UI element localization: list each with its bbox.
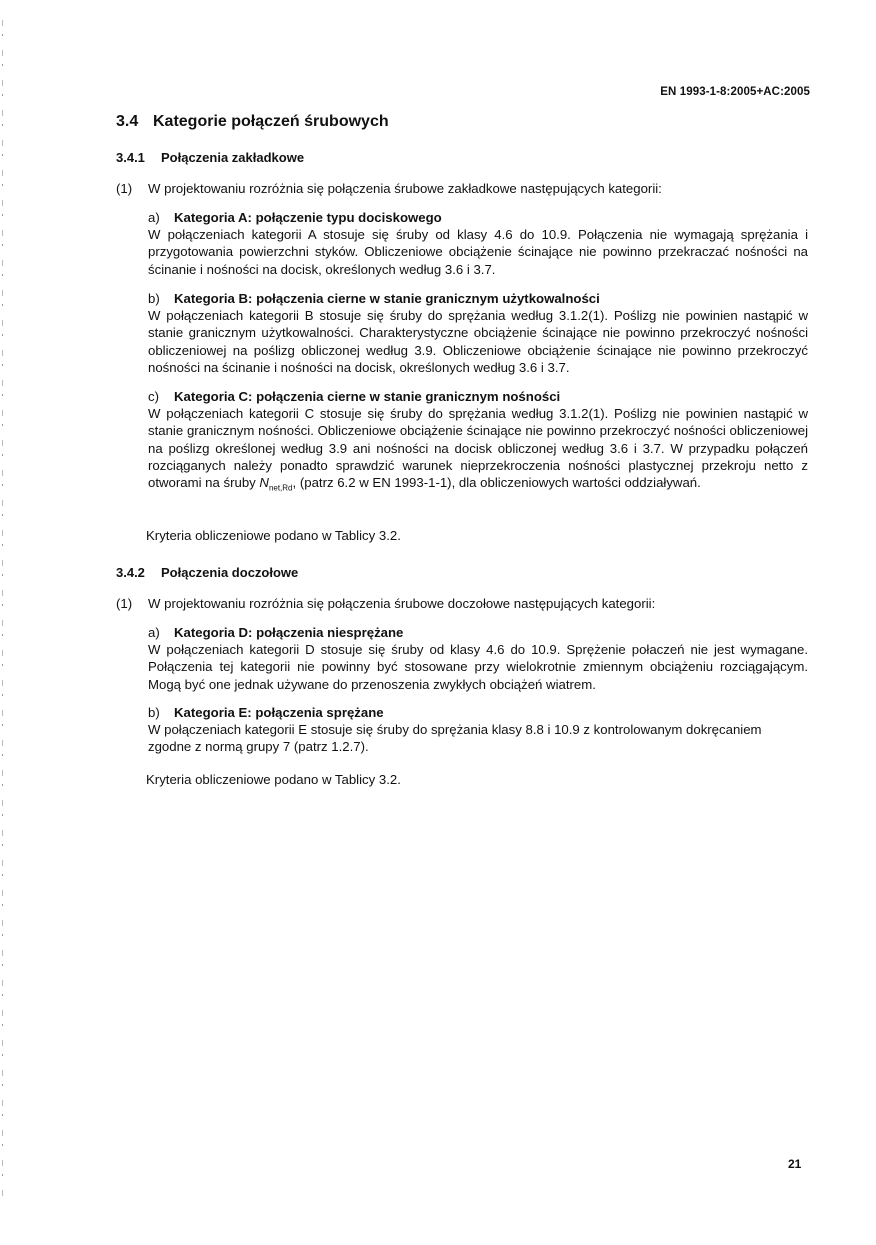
subsection-title: Połączenia doczołowe	[161, 565, 298, 580]
category-body: W połączeniach kategorii D stosuje się ś…	[148, 641, 808, 693]
category-e: b)Kategoria E: połączenia sprężane W poł…	[148, 704, 808, 756]
category-body: W połączeniach kategorii B stosuje się ś…	[148, 307, 808, 376]
criteria-note-2: Kryteria obliczeniowe podano w Tablicy 3…	[146, 772, 401, 787]
paragraph-number: (1)	[116, 595, 148, 612]
item-label: a)	[148, 624, 174, 641]
paragraph-text: W projektowaniu rozróżnia się połączenia…	[148, 596, 655, 611]
paragraph-number: (1)	[116, 180, 148, 197]
paragraph-1-intro-end: (1)W projektowaniu rozróżnia się połącze…	[116, 595, 655, 612]
category-b: b)Kategoria B: połączenia cierne w stani…	[148, 290, 808, 376]
category-a: a)Kategoria A: połączenie typu dociskowe…	[148, 209, 808, 278]
section-heading: 3.4Kategorie połączeń śrubowych	[116, 113, 389, 131]
item-label: b)	[148, 704, 174, 721]
item-title: Kategoria B: połączenia cierne w stanie …	[174, 291, 600, 306]
category-body: W połączeniach kategorii C stosuje się ś…	[148, 405, 808, 497]
standard-reference: EN 1993-1-8:2005+AC:2005	[660, 86, 810, 98]
paragraph-1-intro: (1)W projektowaniu rozróżnia się połącze…	[116, 180, 662, 197]
item-label: c)	[148, 388, 174, 405]
category-title: c)Kategoria C: połączenia cierne w stani…	[148, 388, 808, 405]
item-title: Kategoria D: połączenia niesprężane	[174, 625, 403, 640]
category-title: b)Kategoria E: połączenia sprężane	[148, 704, 808, 721]
item-title: Kategoria A: połączenie typu dociskowego	[174, 210, 442, 225]
subsection-title: Połączenia zakładkowe	[161, 150, 304, 165]
category-title: a)Kategoria D: połączenia niesprężane	[148, 624, 808, 641]
scan-edge-artifact	[2, 20, 3, 1200]
section-number: 3.4	[116, 113, 153, 131]
paragraph-text: W projektowaniu rozróżnia się połączenia…	[148, 181, 662, 196]
category-title: b)Kategoria B: połączenia cierne w stani…	[148, 290, 808, 307]
page-number: 21	[788, 1157, 801, 1171]
category-body: W połączeniach kategorii E stosuje się ś…	[148, 721, 808, 755]
subsection-number: 3.4.2	[116, 565, 161, 580]
subsection-number: 3.4.1	[116, 150, 161, 165]
category-title: a)Kategoria A: połączenie typu dociskowe…	[148, 209, 808, 226]
body-text: , (patrz 6.2 w EN 1993-1-1), dla oblicze…	[293, 475, 701, 490]
criteria-note-1: Kryteria obliczeniowe podano w Tablicy 3…	[146, 528, 401, 543]
item-title: Kategoria E: połączenia sprężane	[174, 705, 384, 720]
section-title: Kategorie połączeń śrubowych	[153, 113, 389, 130]
category-d: a)Kategoria D: połączenia niesprężane W …	[148, 624, 808, 693]
symbol-n: N	[259, 475, 269, 490]
subsection-heading-3-4-1: 3.4.1Połączenia zakładkowe	[116, 150, 304, 165]
category-body: W połączeniach kategorii A stosuje się ś…	[148, 226, 808, 278]
category-c: c)Kategoria C: połączenia cierne w stani…	[148, 388, 808, 497]
item-label: a)	[148, 209, 174, 226]
item-label: b)	[148, 290, 174, 307]
item-title: Kategoria C: połączenia cierne w stanie …	[174, 389, 560, 404]
symbol-subscript: net,Rd	[269, 484, 293, 493]
subsection-heading-3-4-2: 3.4.2Połączenia doczołowe	[116, 565, 298, 580]
